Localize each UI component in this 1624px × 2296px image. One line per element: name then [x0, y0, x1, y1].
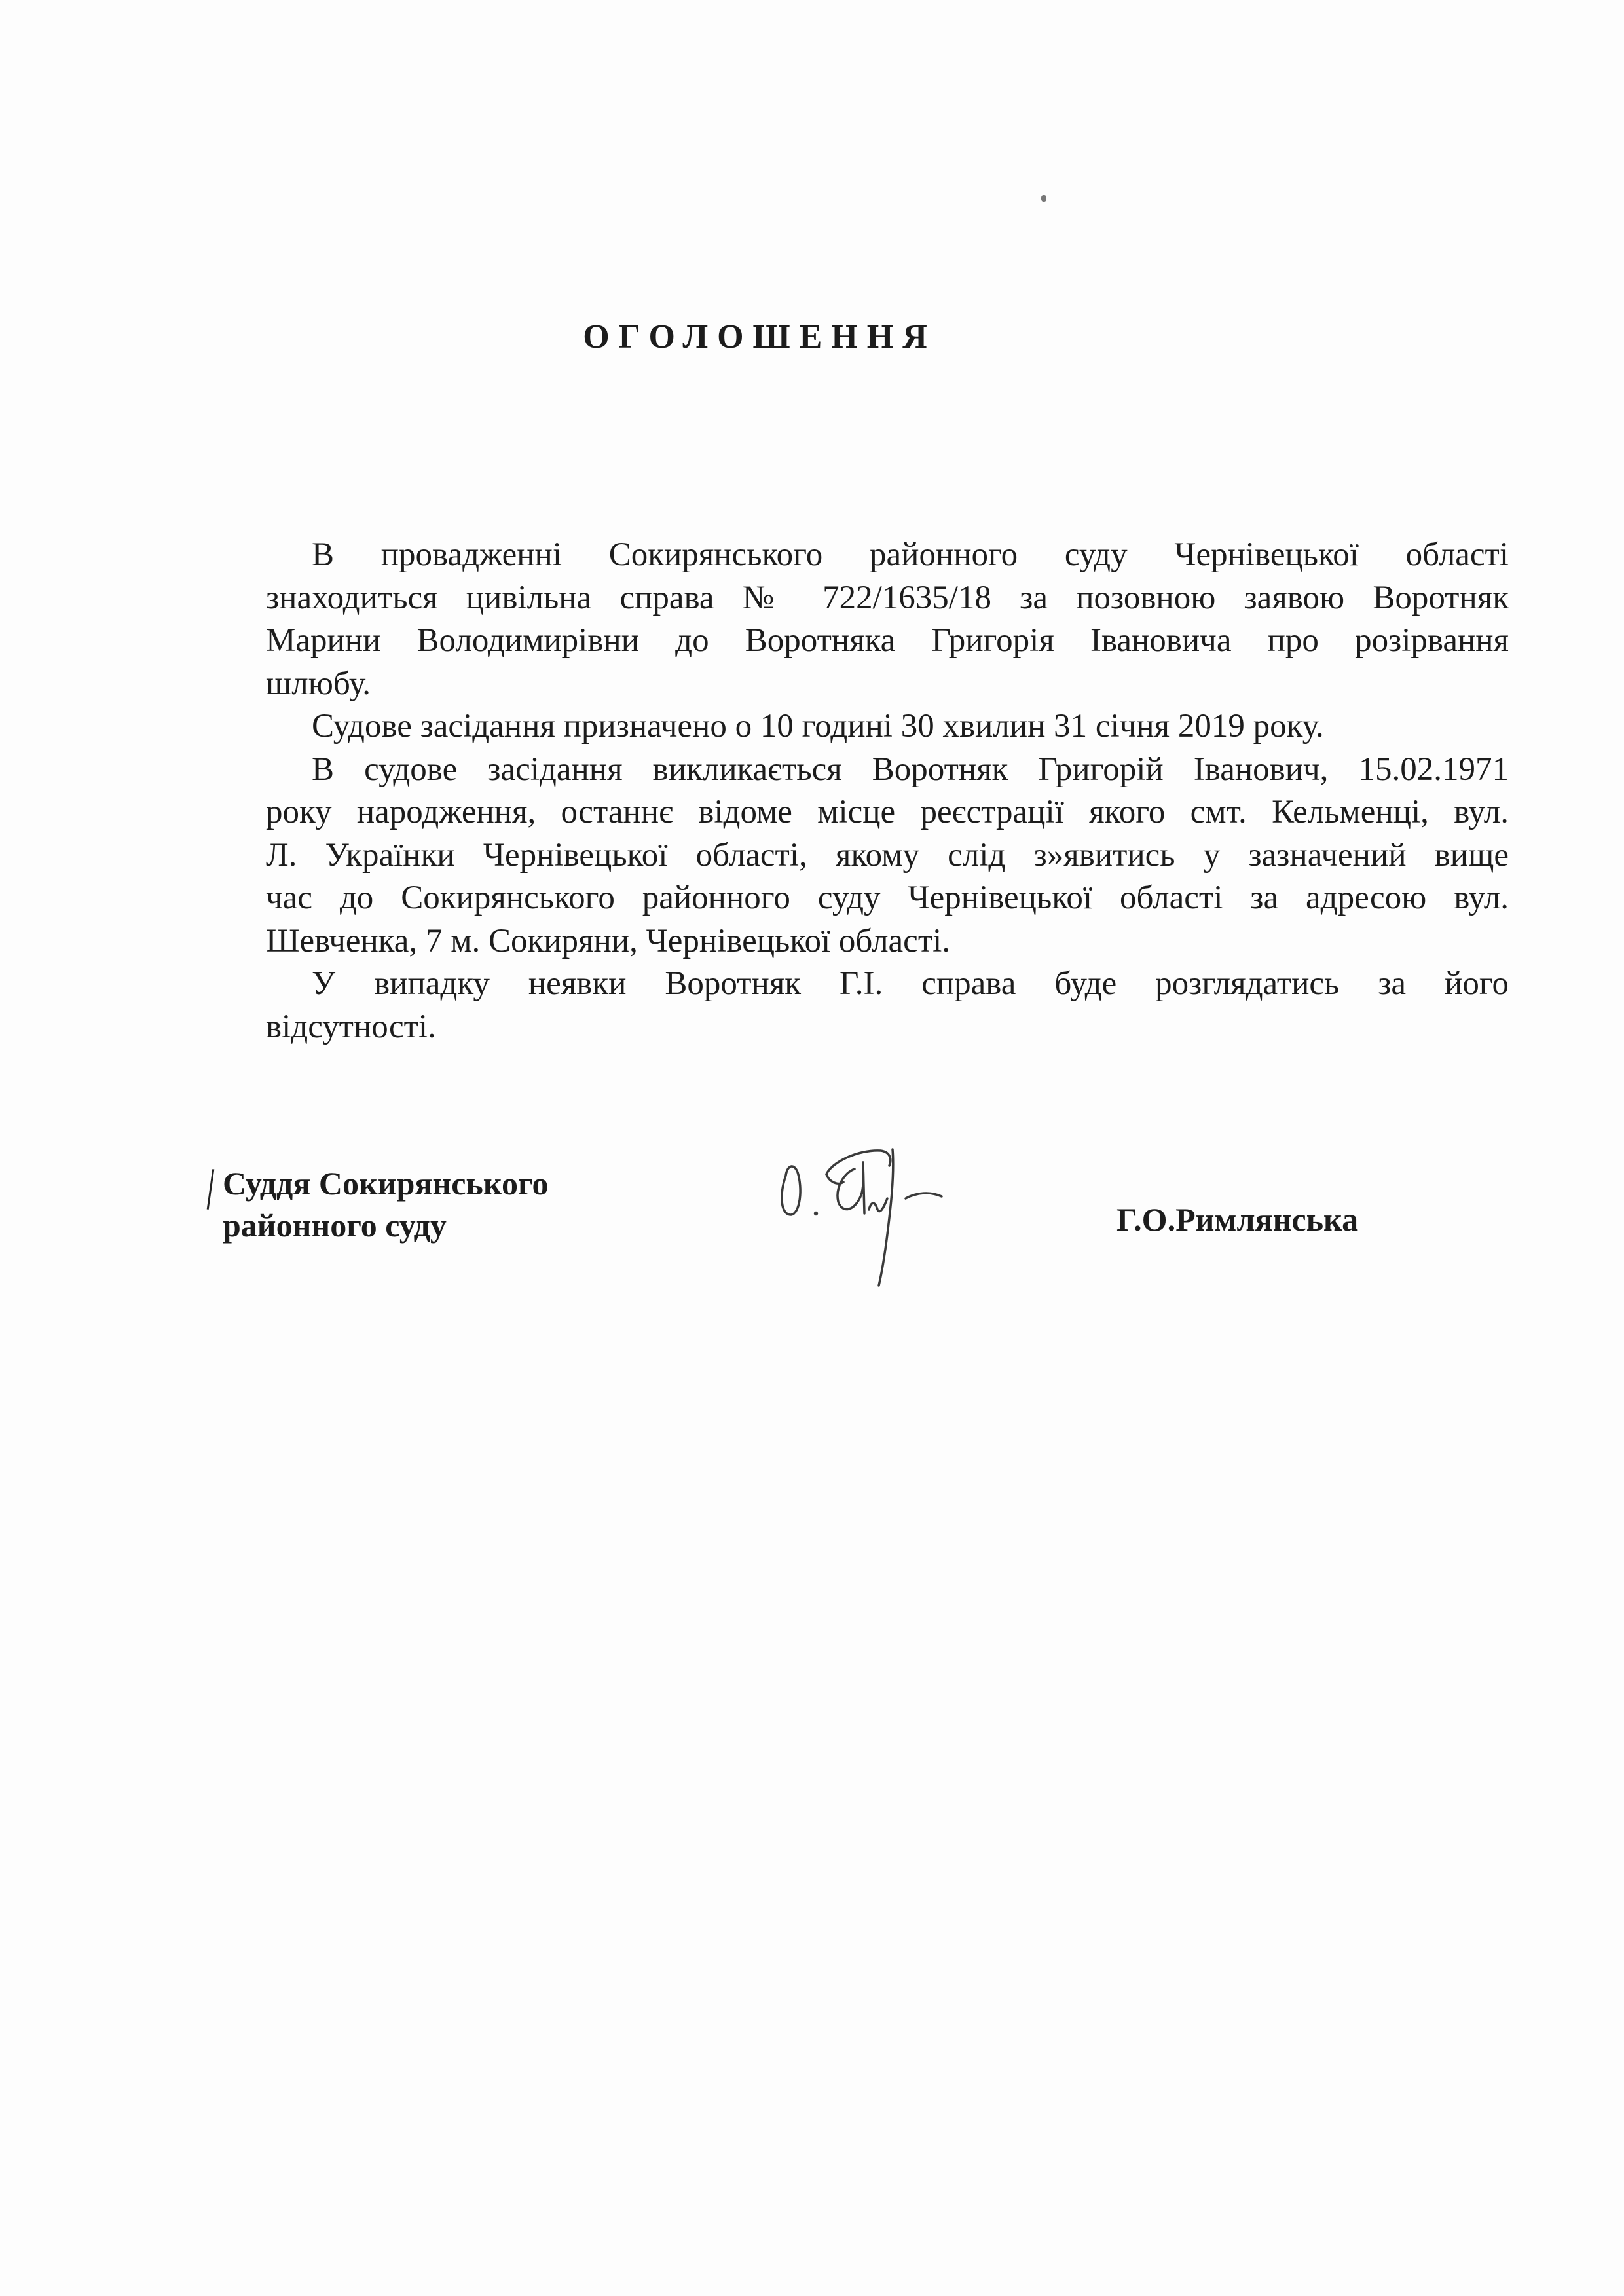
text-line: Судове засідання призначено о 10 годині …: [220, 705, 1509, 749]
text-line: року народження, останнє відоме місце ре…: [220, 791, 1509, 834]
text-line: відсутності.: [220, 1006, 1509, 1049]
margin-tick-mark: [207, 1169, 215, 1210]
document-page: ОГОЛОШЕННЯ В провадженні Сокирянського р…: [0, 0, 1624, 2296]
paragraph-absence-warning: У випадку неявки Воротняк Г.І. справа бу…: [220, 963, 1509, 1048]
signature-block: Суддя Сокирянського районного суду Г.О.Р…: [210, 1162, 1519, 1293]
judge-name: Г.О.Римлянська: [1116, 1198, 1358, 1240]
paragraph-hearing-date: Судове засідання призначено о 10 годині …: [220, 705, 1509, 749]
paragraph-summons: В судове засідання викликається Воротняк…: [220, 749, 1509, 963]
scan-speck: [1041, 195, 1046, 202]
text-line: шлюбу.: [220, 663, 1509, 706]
text-line: час до Сокирянського районного суду Черн…: [220, 877, 1509, 920]
text-line: Шевченка, 7 м. Сокиряни, Чернівецької об…: [220, 920, 1509, 963]
judge-position: Суддя Сокирянського районного суду: [223, 1162, 549, 1246]
text-line: В провадженні Сокирянського районного су…: [220, 534, 1509, 577]
text-line: Марини Володимирівни до Воротняка Григор…: [220, 620, 1509, 663]
document-body: В провадженні Сокирянського районного су…: [220, 534, 1509, 1048]
text-line: У випадку неявки Воротняк Г.І. справа бу…: [220, 963, 1509, 1006]
text-line: Л. Українки Чернівецької області, якому …: [220, 834, 1509, 878]
paragraph-case-info: В провадженні Сокирянського районного су…: [220, 534, 1509, 705]
document-title: ОГОЛОШЕННЯ: [0, 318, 1624, 356]
text-line: В судове засідання викликається Воротняк…: [220, 749, 1509, 792]
text-line: знаходиться цивільна справа № 722/1635/1…: [220, 577, 1509, 620]
handwritten-signature-icon: [773, 1136, 943, 1293]
